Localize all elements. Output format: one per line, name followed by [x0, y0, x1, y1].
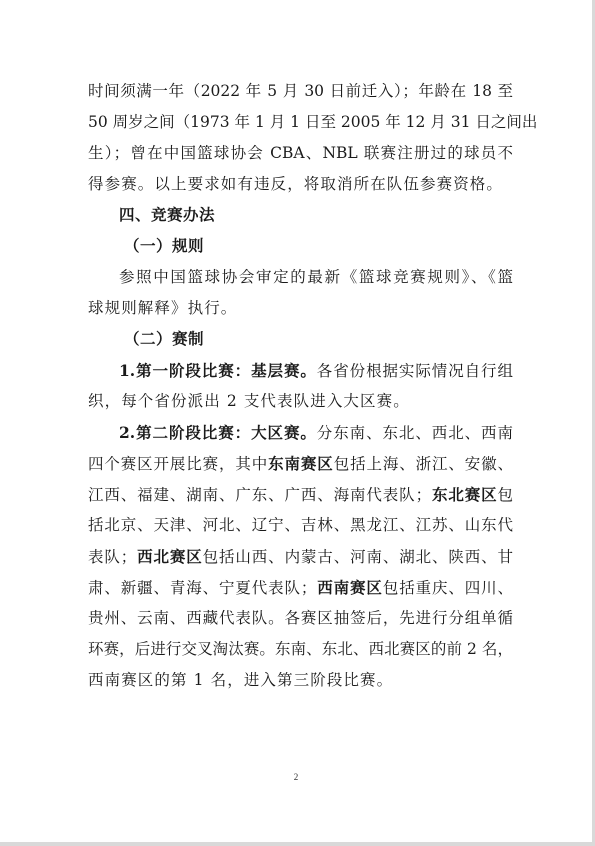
- body-text-line: 环赛，后进行交叉淘汰赛。东南、东北、西北赛区的前 2 名，: [88, 634, 513, 665]
- body-text-line: 贵州、云南、西藏代表队。各赛区抽签后，先进行分组单循: [88, 603, 513, 634]
- body-text-line: 江西、福建、湖南、广东、广西、海南代表队；东北赛区包: [88, 479, 513, 510]
- text-run: 包括上海、浙江、安徽、: [334, 455, 513, 473]
- region-northeast: 东北赛区: [431, 485, 497, 504]
- subsection-heading-format: （二）赛制: [88, 324, 513, 355]
- body-text-line: 球规则解释》执行。: [88, 293, 513, 324]
- text-run: 肃、新疆、青海、宁夏代表队；: [88, 579, 316, 597]
- body-text-line: 括北京、天津、河北、辽宁、吉林、黑龙江、江苏、山东代: [88, 510, 513, 541]
- text-run: 表队；: [88, 548, 136, 566]
- section-heading-competition-method: 四、竞赛办法: [88, 200, 513, 231]
- stage-1-text: 各省份根据实际情况自行组: [317, 362, 513, 380]
- text-run: 四个赛区开展比赛，其中: [88, 455, 268, 473]
- body-text-line: 四个赛区开展比赛，其中东南赛区包括上海、浙江、安徽、: [88, 448, 513, 479]
- stage-2-title: 2.第二阶段比赛：大区赛。: [119, 423, 317, 442]
- text-run: 包: [497, 486, 513, 504]
- body-text-line: 50 周岁之间（1973 年 1 月 1 日至 2005 年 12 月 31 日…: [88, 107, 513, 138]
- body-text-line: 肃、新疆、青海、宁夏代表队；西南赛区包括重庆、四川、: [88, 572, 513, 603]
- text-run: 江西、福建、湖南、广东、广西、海南代表队；: [88, 486, 431, 504]
- page-number: 2: [0, 772, 592, 782]
- text-run: 包括重庆、四川、: [383, 579, 513, 597]
- body-text-line: 表队；西北赛区包括山西、内蒙古、河南、湖北、陕西、甘: [88, 541, 513, 572]
- body-text-line: 西南赛区的第 1 名，进入第三阶段比赛。: [88, 665, 513, 696]
- body-text-line: 得参赛。以上要求如有违反，将取消所在队伍参赛资格。: [88, 169, 513, 200]
- stage-2-line: 2.第二阶段比赛：大区赛。分东南、东北、西北、西南: [88, 417, 513, 448]
- region-southwest: 西南赛区: [316, 578, 382, 597]
- region-northwest: 西北赛区: [136, 547, 202, 566]
- body-text-line: 织，每个省份派出 2 支代表队进入大区赛。: [88, 386, 513, 417]
- body-text-line: 生）；曾在中国篮球协会 CBA、NBL 联赛注册过的球员不: [88, 138, 513, 169]
- page-content: 时间须满一年（2022 年 5 月 30 日前迁入）；年龄在 18 至 50 周…: [88, 76, 513, 696]
- stage-1-title: 1.第一阶段比赛：基层赛。: [119, 361, 317, 380]
- text-run: 包括山西、内蒙古、河南、湖北、陕西、甘: [203, 548, 513, 566]
- body-text-line: 参照中国篮球协会审定的最新《篮球竞赛规则》、《篮: [88, 262, 513, 293]
- stage-2-text: 分东南、东北、西北、西南: [317, 424, 513, 442]
- document-page: 时间须满一年（2022 年 5 月 30 日前迁入）；年龄在 18 至 50 周…: [0, 0, 592, 842]
- region-southeast: 东南赛区: [268, 454, 334, 473]
- body-text-line: 时间须满一年（2022 年 5 月 30 日前迁入）；年龄在 18 至: [88, 76, 513, 107]
- stage-1-line: 1.第一阶段比赛：基层赛。各省份根据实际情况自行组: [88, 355, 513, 386]
- subsection-heading-rules: （一）规则: [88, 231, 513, 262]
